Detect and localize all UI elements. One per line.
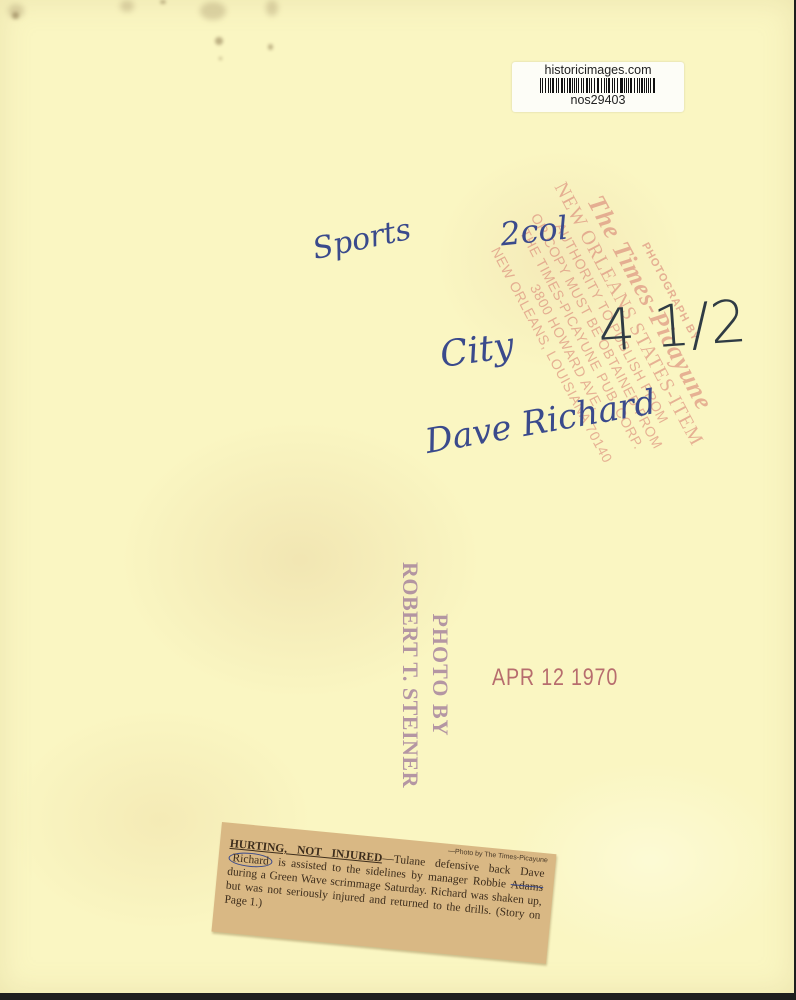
label-code: nos29403 — [512, 93, 684, 107]
stain — [12, 12, 19, 19]
stain — [215, 37, 223, 45]
stain — [266, 0, 278, 16]
handwritten-desk: City — [438, 325, 517, 376]
handwritten-section: Sports — [309, 212, 414, 267]
handwritten-columns: 2col — [498, 209, 569, 254]
photographer-stamp: PHOTO BY ROBERT T. STEINER — [385, 555, 455, 795]
barcode — [540, 78, 656, 93]
photographer-stamp-line2: ROBERT T. STEINER — [395, 555, 425, 795]
stain — [200, 2, 226, 20]
struck-name: Adams — [510, 879, 544, 894]
date-stamp: APR 12 1970 — [492, 664, 618, 692]
label-site: historicimages.com — [512, 63, 684, 77]
barcode-label: historicimages.com nos29403 — [512, 62, 684, 112]
stain — [120, 0, 134, 12]
photographer-stamp-line1: PHOTO BY — [425, 555, 455, 795]
handwritten-size: 4 1/2 — [596, 287, 749, 365]
stain — [219, 57, 222, 60]
photo-back: historicimages.com nos29403 PHOTOGRAPH B… — [0, 0, 794, 993]
newspaper-clipping: —Photo by The Times-Picayune HURTING, NO… — [211, 822, 556, 964]
stain — [268, 44, 273, 50]
stain — [160, 0, 166, 4]
